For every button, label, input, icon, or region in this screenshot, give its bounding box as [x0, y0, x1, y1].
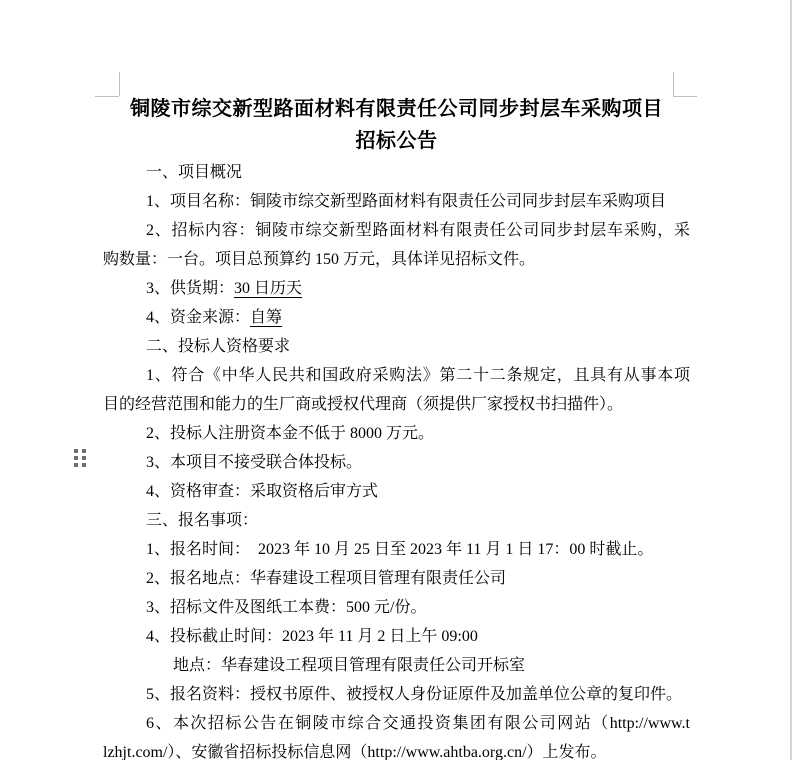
section2-item-qualification-review: 4、资格审查：采取资格后审方式	[103, 477, 690, 506]
section2-item-qualification-line1: 1、符合《中华人民共和国政府采购法》第二十二条规定，且具有从事本项	[103, 361, 690, 390]
section2-item-qualification-line2: 目的经营范围和能力的生厂商或授权代理商（须提供厂家授权书扫描件）。	[103, 390, 690, 419]
paragraph-drag-handle-icon[interactable]	[74, 449, 86, 467]
section3-heading: 三、报名事项：	[103, 506, 690, 535]
section1-item-project-name: 1、项目名称：铜陵市综交新型路面材料有限责任公司同步封层车采购项目	[103, 187, 690, 216]
section2-heading: 二、投标人资格要求	[103, 332, 690, 361]
section3-item-announcement-websites-line2: lzhjt.com/）、安徽省招标投标信息网（http://www.ahtba.…	[103, 738, 690, 760]
supply-period-value: 30 日历天	[234, 280, 302, 297]
page-edge-line	[790, 0, 792, 760]
funding-source-value: 自筹	[250, 309, 282, 326]
section1-item-bid-content-line2: 购数量：一台。项目总预算约 150 万元，具体详见招标文件。	[103, 245, 690, 274]
section1-item-funding-source: 4、资金来源：自筹	[103, 303, 690, 332]
section1-heading: 一、项目概况	[103, 158, 690, 187]
section3-item-registration-time: 1、报名时间： 2023 年 10 月 25 日至 2023 年 11 月 1 …	[103, 535, 690, 564]
document-title-line1: 铜陵市综交新型路面材料有限责任公司同步封层车采购项目	[103, 94, 690, 124]
section3-item-bid-opening-place: 地点：华春建设工程项目管理有限责任公司开标室	[103, 651, 690, 680]
section3-item-announcement-websites-line1: 6、本次招标公告在铜陵市综合交通投资集团有限公司网站（http://www.t	[103, 709, 690, 738]
supply-period-label: 3、供货期：	[146, 280, 234, 297]
document-page: 铜陵市综交新型路面材料有限责任公司同步封层车采购项目 招标公告 一、项目概况 1…	[0, 0, 794, 760]
funding-source-label: 4、资金来源：	[146, 309, 250, 326]
document-title-line2: 招标公告	[103, 124, 690, 158]
section3-item-registration-place: 2、报名地点：华春建设工程项目管理有限责任公司	[103, 564, 690, 593]
section3-item-registration-materials: 5、报名资料：授权书原件、被授权人身份证原件及加盖单位公章的复印件。	[103, 680, 690, 709]
document-content: 铜陵市综交新型路面材料有限责任公司同步封层车采购项目 招标公告 一、项目概况 1…	[103, 94, 690, 760]
section2-item-registered-capital: 2、投标人注册资本金不低于 8000 万元。	[103, 419, 690, 448]
section1-item-supply-period: 3、供货期：30 日历天	[103, 274, 690, 303]
section2-item-no-consortium: 3、本项目不接受联合体投标。	[103, 448, 690, 477]
section3-item-bid-deadline: 4、投标截止时间：2023 年 11 月 2 日上午 09:00	[103, 622, 690, 651]
section1-item-bid-content-line1: 2、招标内容：铜陵市综交新型路面材料有限责任公司同步封层车采购，采	[103, 216, 690, 245]
section3-item-document-fee: 3、招标文件及图纸工本费：500 元/份。	[103, 593, 690, 622]
